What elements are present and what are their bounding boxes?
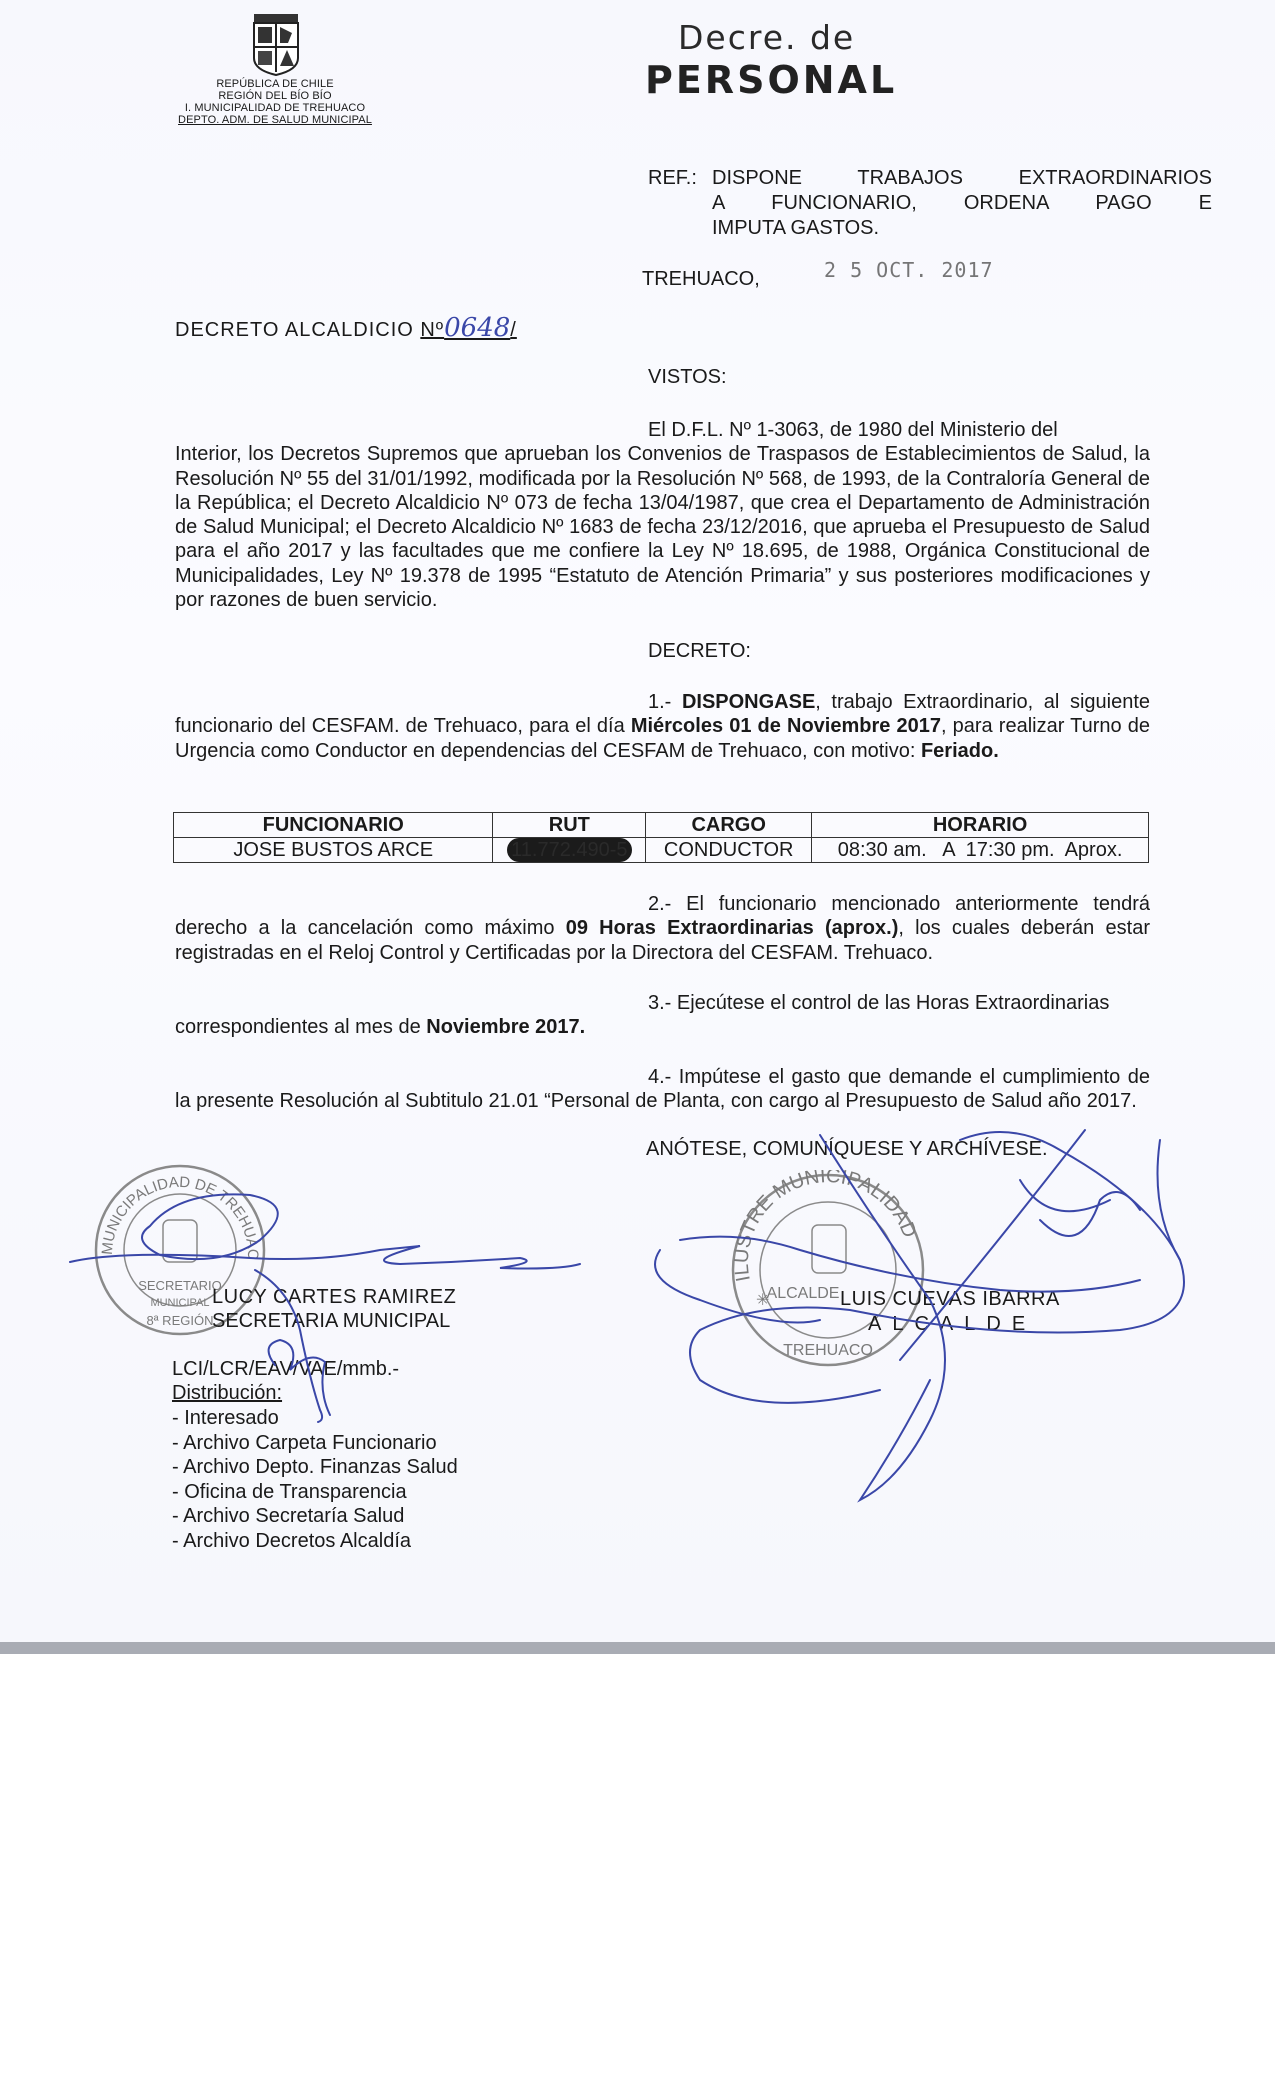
item-number: 2.-: [175, 893, 671, 915]
decree-number: DECRETO ALCALDICIO Nº0648/: [175, 313, 517, 343]
table-header-row: FUNCIONARIO RUT CARGO HORARIO: [174, 813, 1149, 838]
stamp-title-line2: PERSONAL: [645, 58, 897, 102]
reference-label: REF.:: [648, 166, 697, 191]
decreto-item-3: 3.- Ejecútese el control de las Horas Ex…: [175, 991, 1150, 1040]
mayor-title: ALCALDE: [868, 1313, 1036, 1336]
item-emphasis: DISPONGASE: [682, 691, 815, 713]
letterhead-country: REPÚBLICA DE CHILE: [140, 78, 410, 90]
list-item: - Archivo Decretos Alcaldía: [172, 1529, 458, 1554]
item-number: 1.-: [175, 691, 671, 713]
staff-table: FUNCIONARIO RUT CARGO HORARIO JOSE BUSTO…: [173, 812, 1149, 863]
svg-text:MUNICIPAL: MUNICIPAL: [150, 1297, 209, 1309]
mayor-name: LUIS CUEVAS IBARRA: [840, 1288, 1060, 1311]
date-stamp: 2 5 OCT. 2017: [824, 258, 994, 282]
distribution-title-text: Distribución: [172, 1382, 276, 1404]
cell-employee: JOSE BUSTOS ARCE: [174, 838, 493, 863]
svg-text:✳: ✳: [756, 1292, 769, 1309]
item-date: Miércoles 01 de Noviembre 2017: [631, 715, 941, 737]
cell-position: CONDUCTOR: [646, 838, 812, 863]
redacted-rut: 11.772.490-5: [507, 838, 631, 862]
initials: LCI/LCR/EAV/VAE/mmb.-: [172, 1358, 399, 1381]
secretary-title: SECRETARIA MUNICIPAL: [212, 1310, 450, 1333]
item-number: 4.-: [175, 1066, 671, 1088]
decreto-item-1: 1.- DISPONGASE, trabajo Extraordinario, …: [175, 690, 1150, 763]
table-row: JOSE BUSTOS ARCE 11.772.490-5 CONDUCTOR …: [174, 838, 1149, 863]
item-reason: Feriado.: [921, 740, 999, 762]
column-header: HORARIO: [812, 813, 1149, 838]
cell-schedule: 08:30 am. A 17:30 pm. Aprox.: [812, 838, 1149, 863]
item-text: correspondientes al mes de: [175, 1016, 426, 1038]
cell-rut: 11.772.490-5: [493, 838, 646, 863]
svg-text:SECRETARIO: SECRETARIO: [138, 1278, 222, 1293]
decree-number-label: DECRETO ALCALDICIO: [175, 319, 420, 341]
decreto-item-4: 4.- Impútese el gasto que demande el cum…: [175, 1065, 1150, 1114]
svg-text:TREHUACO: TREHUACO: [783, 1342, 873, 1359]
list-item: - Archivo Secretaría Salud: [172, 1504, 458, 1529]
distribution-title: Distribución:: [172, 1382, 282, 1405]
reference-text: DISPONE TRABAJOS EXTRAORDINARIOS A FUNCI…: [712, 166, 1212, 241]
reference-line: DISPONE TRABAJOS EXTRAORDINARIOS: [712, 166, 1212, 191]
decree-number-handwritten: 0648: [444, 313, 510, 343]
mayor-seal-icon: ILUSTRE MUNICIPALIDAD ALCALDE TREHUACO ✳: [728, 1170, 928, 1370]
city: TREHUACO,: [642, 268, 760, 291]
item-text: Ejecútese el control de las Horas Extrao…: [671, 992, 1109, 1014]
stamp-title-line1: Decre. de: [678, 18, 855, 57]
decree-number-symbol: Nº: [420, 319, 444, 341]
distribution-title-suffix: :: [276, 1382, 282, 1404]
distribution-list: - Interesado - Archivo Carpeta Funcionar…: [172, 1406, 458, 1553]
scan-edge: [0, 1642, 1275, 1654]
letterhead-region: REGIÓN DEL BÍO BÍO: [140, 90, 410, 102]
item-number: 3.-: [648, 992, 671, 1014]
list-item: - Interesado: [172, 1406, 458, 1431]
column-header: RUT: [493, 813, 646, 838]
scanned-page: REPÚBLICA DE CHILE REGIÓN DEL BÍO BÍO I.…: [0, 0, 1275, 1642]
closing-formula: ANÓTESE, COMUNÍQUESE Y ARCHÍVESE.: [646, 1138, 1048, 1161]
secretary-name: LUCY CARTES RAMIREZ: [212, 1286, 456, 1309]
list-item: - Archivo Depto. Finanzas Salud: [172, 1455, 458, 1480]
letterhead-municipality: I. MUNICIPALIDAD DE TREHUACO: [140, 102, 410, 114]
vistos-first-line: El D.F.L. Nº 1-3063, de 1980 del Ministe…: [175, 418, 1150, 442]
vistos-paragraph: El D.F.L. Nº 1-3063, de 1980 del Ministe…: [175, 418, 1150, 612]
decreto-heading: DECRETO:: [648, 640, 751, 663]
svg-text:ILUSTRE MUNICIPALIDAD: ILUSTRE MUNICIPALIDAD: [731, 1170, 921, 1283]
vistos-heading: VISTOS:: [648, 366, 727, 389]
decree-number-suffix: /: [510, 319, 517, 341]
item-line: 3.- Ejecútese el control de las Horas Ex…: [175, 991, 1150, 1015]
decreto-item-2: 2.- El funcionario mencionado anteriorme…: [175, 892, 1150, 965]
coat-of-arms-icon: [248, 14, 304, 76]
item-hours: 09 Horas Extraordinarias (aprox.): [566, 917, 899, 939]
column-header: CARGO: [646, 813, 812, 838]
letterhead-department: DEPTO. ADM. DE SALUD MUNICIPAL: [140, 114, 410, 126]
column-header: FUNCIONARIO: [174, 813, 493, 838]
reference-line: IMPUTA GASTOS.: [712, 216, 1212, 241]
reference-line: A FUNCIONARIO, ORDENA PAGO E: [712, 191, 1212, 216]
list-item: - Archivo Carpeta Funcionario: [172, 1431, 458, 1456]
svg-text:ALCALDE: ALCALDE: [767, 1285, 840, 1302]
vistos-body: Interior, los Decretos Supremos que apru…: [175, 443, 1150, 611]
svg-text:8ª REGIÓN: 8ª REGIÓN: [147, 1313, 214, 1328]
list-item: - Oficina de Transparencia: [172, 1480, 458, 1505]
item-month: Noviembre 2017.: [426, 1016, 585, 1038]
